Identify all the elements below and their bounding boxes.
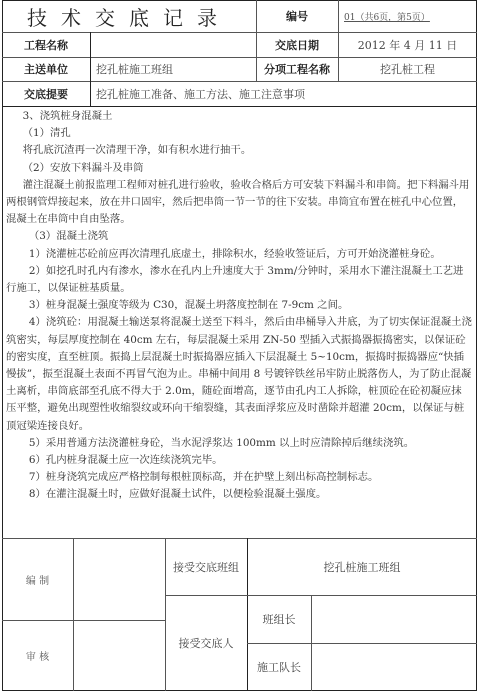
receiving-team-value: 挖孔桩施工班组 [247, 538, 477, 595]
paragraph: 8）在灌注混凝土时，应做好混凝土试件，以便检验混凝土强度。 [6, 486, 472, 503]
subsection-heading: （3）混凝土浇筑 [6, 228, 472, 245]
subsection-heading: （1）清孔 [6, 125, 472, 142]
receiver-label: 接受交底人 [165, 595, 247, 691]
project-name-label: 工程名称 [2, 32, 90, 57]
reviewed-label: 审 核 [2, 620, 73, 691]
team-leader-label: 班组长 [247, 595, 311, 643]
paragraph: 6）孔内桩身混凝土应一次连续浇筑完毕。 [6, 452, 472, 469]
paragraph: 灌注混凝土前报监理工程师对桩孔进行验收，验收合格后方可安装下料漏斗和串筒。把下料… [6, 177, 472, 229]
paragraph: 5）采用普通方法浇灌桩身砼，当水泥浮浆达 100mm 以上时应清除掉后继续浇筑。 [6, 435, 472, 452]
disclosure-content: 3、浇筑桩身混凝土 （1）清孔 将孔底沉渣再一次清理干净，如有积水进行抽干。 （… [6, 108, 472, 504]
construction-leader-signature [311, 643, 477, 691]
paragraph: 2）如挖孔时孔内有渗水，渗水在孔内上升速度大于 3mm/分钟时，采用水下灌注混凝… [6, 263, 472, 297]
paragraph: 4）浇筑砼：用混凝土输送泵将混凝土送至下料斗，然后由串桶导入井底，为了切实保证混… [6, 314, 472, 434]
unit-value: 挖孔桩施工班组 [90, 57, 256, 81]
paragraph: 7）桩身浇筑完成应严格控制每根桩顶标高，并在护壁上刻出标高控制标志。 [6, 469, 472, 486]
summary-value: 挖孔桩施工准备、施工方法、施工注意事项 [90, 81, 477, 106]
paragraph: 将孔底沉渣再一次清理干净，如有积水进行抽干。 [6, 142, 472, 159]
team-leader-signature [311, 595, 477, 643]
date-value: 2012 年 4 月 11 日 [338, 32, 477, 57]
serial-label: 编号 [256, 0, 338, 32]
summary-label: 交底提要 [2, 81, 90, 106]
subproject-label: 分项工程名称 [256, 57, 338, 81]
section-heading: 3、浇筑桩身混凝土 [6, 108, 472, 125]
compiled-label: 编 制 [2, 538, 73, 620]
page-title: 技术交底记录 [2, 0, 256, 32]
serial-value: 01（共6页，第5页） [338, 0, 477, 32]
subsection-heading: （2）安放下料漏斗及串筒 [6, 160, 472, 177]
reviewed-signature [73, 620, 165, 691]
date-label: 交底日期 [256, 32, 338, 57]
subproject-value: 挖孔桩工程 [338, 57, 477, 81]
unit-label: 主送单位 [2, 57, 90, 81]
divider [2, 106, 477, 107]
receiving-team-label: 接受交底班组 [165, 538, 247, 595]
paragraph: 1）浇灌桩芯砼前应再次清理孔底虚土，排除积水，经验收签证后，方可开始浇灌桩身砼。 [6, 246, 472, 263]
compiled-signature [73, 538, 165, 620]
paragraph: 3）桩身混凝土强度等级为 C30，混凝土坍落度控制在 7-9cm 之间。 [6, 297, 472, 314]
project-name-value [90, 32, 256, 57]
construction-leader-label: 施工队长 [247, 643, 311, 691]
